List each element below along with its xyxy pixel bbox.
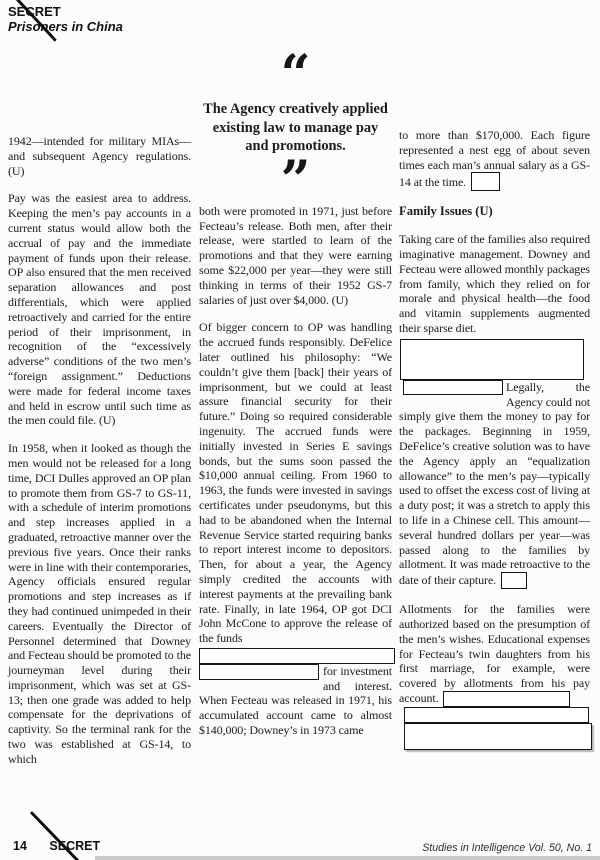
document-page: SECRET Prisoners in China 1942—intended …	[0, 0, 600, 860]
column-left: 1942—intended for military MIAs—and subs…	[8, 134, 191, 780]
body-paragraph: to more than $170,000. Each figure repre…	[399, 128, 590, 191]
redaction-box	[199, 648, 395, 664]
running-title: Prisoners in China	[8, 19, 123, 34]
open-quote-icon: “	[199, 58, 392, 94]
redaction-box	[403, 380, 503, 395]
body-paragraph: Taking care of the families also require…	[399, 232, 590, 336]
body-paragraph: for investment and interest. When Fectea…	[199, 664, 392, 738]
redaction-box	[471, 172, 500, 191]
body-paragraph: both were promoted in 1971, just before …	[199, 204, 392, 308]
column-right: to more than $170,000. Each figure repre…	[399, 128, 590, 750]
body-paragraph: Of bigger concern to OP was handling the…	[199, 320, 392, 646]
body-text: Allotments for the families were authori…	[399, 602, 590, 705]
journal-citation: Studies in Intelligence Vol. 50, No. 1	[422, 842, 592, 854]
body-paragraph: Pay was the easiest area to address. Kee…	[8, 191, 191, 428]
body-paragraph: In 1958, when it looked as though the me…	[8, 441, 191, 767]
redaction-box	[443, 691, 570, 707]
body-text: Legally, the Agency could not simply giv…	[399, 380, 590, 587]
redaction-box	[400, 339, 584, 380]
column-middle: “ The Agency creatively applied existing…	[199, 58, 392, 751]
body-paragraph: Allotments for the families were authori…	[399, 602, 590, 707]
section-heading: Family Issues (U)	[399, 204, 590, 219]
pull-quote: “ The Agency creatively applied existing…	[199, 58, 392, 194]
close-quote-icon: ”	[199, 164, 392, 194]
redaction-box	[404, 707, 589, 723]
redaction-box	[199, 664, 319, 680]
pull-quote-text: The Agency creatively applied existing l…	[201, 100, 390, 156]
redaction-box	[501, 572, 527, 589]
scan-edge-artifact	[95, 856, 600, 860]
redaction-box	[404, 723, 592, 750]
body-paragraph: Legally, the Agency could not simply giv…	[399, 380, 590, 589]
page-number: 14	[13, 839, 27, 853]
body-paragraph: 1942—intended for military MIAs—and subs…	[8, 134, 191, 178]
